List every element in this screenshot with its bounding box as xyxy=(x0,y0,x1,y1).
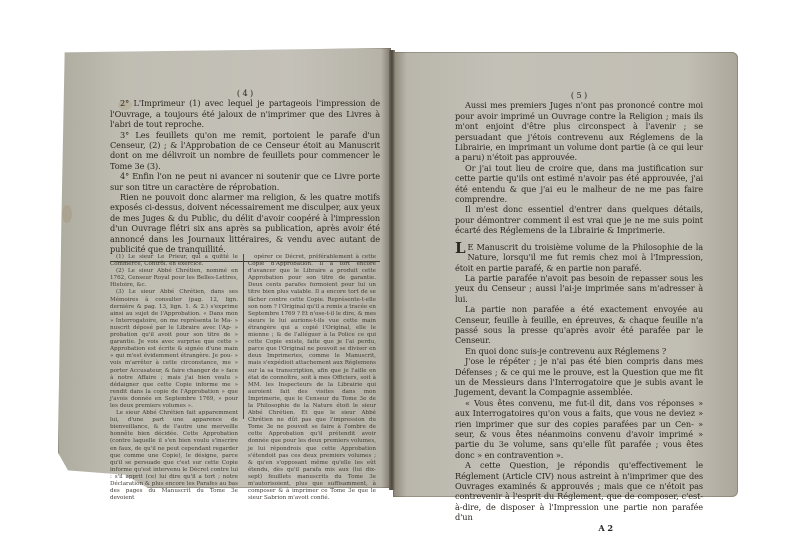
section-opening: LE Manuscrit du troisième volume de la P… xyxy=(455,242,703,273)
paragraph: La partie parafée n'avoit pas besoin de … xyxy=(455,273,703,304)
open-book: ( 4 ) 2° L'Imprimeur (1) avec lequel je … xyxy=(0,0,800,546)
paragraph: 2° L'Imprimeur (1) avec lequel je partag… xyxy=(110,98,380,129)
page-number-left: ( 4 ) xyxy=(110,88,380,98)
footnote: opérer ce Décret, préférablement à cette… xyxy=(248,254,376,502)
paragraph: En quoi donc suis-je contrevenu aux Régl… xyxy=(455,346,703,356)
paragraph: E Manuscrit du troisième volume de la Ph… xyxy=(455,242,703,273)
paragraph: J'ose le répéter ; je n'ai pas été bien … xyxy=(455,356,703,398)
book-gutter xyxy=(389,50,395,490)
column-divider xyxy=(243,254,244,419)
paragraph: Aussi mes premiers Juges n'ont pas prono… xyxy=(455,100,703,162)
footnotes: (1) Le sieur Le Prieur, qui a quitté le … xyxy=(110,254,380,424)
footnote: (3) Le sieur Abbé Chrétien, dans ses Mém… xyxy=(110,289,238,410)
paragraph: Rien ne pouvoit donc alarmer ma religion… xyxy=(110,192,380,254)
footnotes-column-2: opérer ce Décret, préférablement à cette… xyxy=(248,254,376,502)
footnote: Le sieur Abbé Chrétien fait apparemment … xyxy=(110,410,238,502)
paragraph: 3° Les feuillets qu'on me remit, portoie… xyxy=(110,130,380,172)
paper-stain xyxy=(62,205,72,223)
left-page-text: ( 4 ) 2° L'Imprimeur (1) avec lequel je … xyxy=(110,88,380,265)
signature-mark: A 2 xyxy=(455,523,703,533)
quotation: « Vous êtes convenu, me fut-il dit, dans… xyxy=(455,398,703,460)
paragraph: 4° Enfin l'on ne peut ni avancer ni sout… xyxy=(110,171,380,192)
right-page-text: ( 5 ) Aussi mes premiers Juges n'ont pas… xyxy=(455,90,703,533)
page-number-right: ( 5 ) xyxy=(455,90,703,100)
footnotes-column-1: (1) Le sieur Le Prieur, qui a quitté le … xyxy=(110,254,238,502)
paragraph: Or j'ai tout lieu de croire que, dans ma… xyxy=(455,163,703,205)
paragraph: A cette Question, je répondis qu'effecti… xyxy=(455,460,703,522)
paragraph: Il m'est donc essentiel d'entrer dans qu… xyxy=(455,204,703,235)
drop-cap: L xyxy=(455,242,465,254)
footnote: (1) Le sieur Le Prieur, qui a quitté le … xyxy=(110,254,238,268)
footnote: (2) Le sieur Abbé Chrétien, nommé en 176… xyxy=(110,268,238,289)
paragraph: La partie non parafée a été exactement e… xyxy=(455,304,703,346)
